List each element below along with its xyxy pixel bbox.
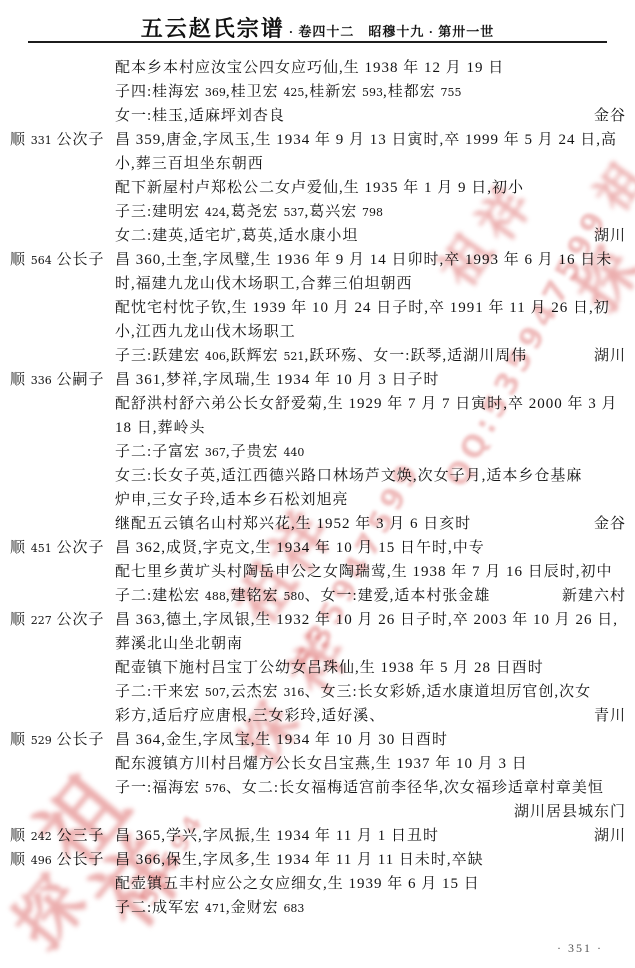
text-segment: 配壶镇下施村吕宝丁公幼女吕珠仙,生 1938 年 5 月 28 日酉时 (115, 660, 544, 676)
genealogy-line: 炉申,三女子玲,适本乡石松刘旭亮 (0, 488, 635, 512)
genealogy-line: 子二:干来宏 507,云杰宏 316、女三:长女彩娇,适水康道坦厉官创,次女 (0, 680, 635, 704)
genealogy-line: 配壶镇下施村吕宝丁公幼女吕珠仙,生 1938 年 5 月 28 日酉时 (0, 656, 635, 680)
page-number: · 351 · (557, 941, 603, 956)
line-text: 配七里乡黄圹头村陶岳申公之女陶瑞莺,生 1938 年 7 月 16 日辰时,初中 (115, 564, 613, 580)
inline-number: 451 (31, 542, 52, 555)
line-text: 子四:桂海宏 369,桂卫宏 425,桂新宏 593,桂都宏 755 (115, 84, 461, 100)
genealogy-line: 葬溪北山坐北朝南 (0, 632, 635, 656)
genealogy-line: 彩方,适后疗应唐根,三女彩玲,适好溪、青川 (0, 704, 635, 728)
genealogy-line: 继配五云镇名山村郑兴花,生 1952 年 3 月 6 日亥时金谷 (0, 512, 635, 536)
text-segment: 昌 361,梦祥,字凤瑞,生 1934 年 10 月 3 日子时 (115, 372, 440, 388)
text-segment: 配壶镇五丰村应公之女应细女,生 1939 年 6 月 15 日 (115, 876, 480, 892)
line-text: 女三:长女子英,适江西德兴路口林场芦文焕,次女子月,适本乡仓基麻 (115, 468, 582, 484)
genealogy-line: 子二:成军宏 471,金财宏 683 (0, 896, 635, 920)
place-tag: 青川 (594, 704, 626, 728)
entry-label: 顺 242 公三子 (10, 824, 105, 849)
label-text: 顺 (10, 540, 31, 556)
text-segment: 昌 364,金生,字凤宝,生 1934 年 10 月 30 日酉时 (115, 732, 448, 748)
line-text: 女一:桂玉,适麻坪刘杏良 (115, 108, 285, 124)
place-tag: 湖川 (594, 224, 626, 248)
line-text: 昌 365,学兴,字凤振,生 1934 年 11 月 1 日丑时 (115, 828, 439, 844)
genealogy-line: 配忱宅村忱子钦,生 1939 年 10 月 24 日子时,卒 1991 年 11… (0, 296, 635, 320)
text-segment: 、女一:建爱,适本村张金雄 (304, 588, 490, 604)
line-text: 子三:建明宏 424,葛尧宏 537,葛兴宏 798 (115, 204, 383, 220)
line-text: 时,福建九龙山伐木场职工,合葬三伯坦朝西 (115, 276, 413, 292)
label-text: 公长子 (52, 852, 105, 868)
line-text: 配舒洪村舒六弟公长女舒爱菊,生 1929 年 7 月 7 日寅时,卒 2000 … (115, 396, 618, 412)
inline-number: 798 (362, 206, 383, 219)
genealogy-line: 子三:建明宏 424,葛尧宏 537,葛兴宏 798 (0, 200, 635, 224)
text-segment: ,桂卫宏 (226, 84, 284, 100)
genealogy-line: 女三:长女子英,适江西德兴路口林场芦文焕,次女子月,适本乡仓基麻 (0, 464, 635, 488)
inline-number: 367 (205, 446, 226, 459)
text-segment: 昌 359,唐金,字凤玉,生 1934 年 9 月 13 日寅时,卒 1999 … (115, 132, 617, 148)
label-text: 公次子 (52, 540, 105, 556)
text-segment: 小,江西九龙山伐木场职工 (115, 324, 296, 340)
genealogy-line: 子四:桂海宏 369,桂卫宏 425,桂新宏 593,桂都宏 755 (0, 80, 635, 104)
label-text: 公三子 (52, 828, 105, 844)
inline-number: 471 (205, 902, 226, 915)
entry-label: 顺 227 公次子 (10, 608, 105, 633)
text-segment: 子二:子富宏 (115, 444, 205, 460)
text-segment: 子二:建松宏 (115, 588, 205, 604)
content: 配本乡本村应汝宝公四女应巧仙,生 1938 年 12 月 19 日子四:桂海宏 … (0, 56, 635, 920)
inline-number: 369 (205, 86, 226, 99)
text-segment: ,金财宏 (226, 900, 284, 916)
text-segment: ,葛兴宏 (304, 204, 362, 220)
text-segment: ,桂都宏 (383, 84, 441, 100)
text-segment: 昌 365,学兴,字凤振,生 1934 年 11 月 1 日丑时 (115, 828, 439, 844)
inline-number: 593 (362, 86, 383, 99)
genealogy-line: 时,福建九龙山伐木场职工,合葬三伯坦朝西 (0, 272, 635, 296)
text-segment: ,葛尧宏 (226, 204, 284, 220)
inline-number: 425 (283, 86, 304, 99)
text-segment: 昌 366,保生,字凤多,生 1934 年 11 月 11 日未时,卒缺 (115, 852, 484, 868)
line-text: 继配五云镇名山村郑兴花,生 1952 年 3 月 6 日亥时 (115, 516, 471, 532)
inline-number: 521 (283, 350, 304, 363)
line-text: 配下新屋村卢郑松公二女卢爱仙,生 1935 年 1 月 9 日,初小 (115, 180, 524, 196)
text-segment: ,云杰宏 (226, 684, 284, 700)
genealogy-line: 小,葬三百坦坐东朝西 (0, 152, 635, 176)
inline-number: 242 (31, 830, 52, 843)
text-segment: 子四:桂海宏 (115, 84, 205, 100)
inline-number: 488 (205, 590, 226, 603)
inline-number: 496 (31, 854, 52, 867)
genealogy-line: 配舒洪村舒六弟公长女舒爱菊,生 1929 年 7 月 7 日寅时,卒 2000 … (0, 392, 635, 416)
genealogy-line: 顺 496 公长子昌 366,保生,字凤多,生 1934 年 11 月 11 日… (0, 848, 635, 872)
inline-number: 406 (205, 350, 226, 363)
place-tag: 金谷 (594, 512, 626, 536)
text-segment: 炉申,三女子玲,适本乡石松刘旭亮 (115, 492, 349, 508)
text-segment: ,跃环殇、女一:跃琴,适湖川周伟 (304, 348, 527, 364)
inline-number: 507 (205, 686, 226, 699)
label-text: 顺 (10, 372, 31, 388)
place-tag: 湖川 (594, 824, 626, 848)
text-segment: 、女三:长女彩娇,适水康道坦厉官创,次女 (304, 684, 591, 700)
text-segment: 时,福建九龙山伐木场职工,合葬三伯坦朝西 (115, 276, 413, 292)
line-text: 昌 360,土奎,字凤璧,生 1936 年 9 月 14 日卯时,卒 1993 … (115, 252, 612, 268)
line-text: 彩方,适后疗应唐根,三女彩玲,适好溪、 (115, 708, 385, 724)
book-title: 五云赵氏宗谱 (141, 16, 285, 41)
text-segment: 昌 360,土奎,字凤璧,生 1936 年 9 月 14 日卯时,卒 1993 … (115, 252, 612, 268)
genealogy-line: 女一:桂玉,适麻坪刘杏良金谷 (0, 104, 635, 128)
inline-number: 580 (283, 590, 304, 603)
inline-number: 564 (31, 254, 52, 267)
genealogy-line: 配本乡本村应汝宝公四女应巧仙,生 1938 年 12 月 19 日 (0, 56, 635, 80)
entry-label: 顺 564 公长子 (10, 248, 105, 273)
genealogy-line: 子二:子富宏 367,子贵宏 440 (0, 440, 635, 464)
line-text: 昌 361,梦祥,字凤瑞,生 1934 年 10 月 3 日子时 (115, 372, 440, 388)
text-segment: 配舒洪村舒六弟公长女舒爱菊,生 1929 年 7 月 7 日寅时,卒 2000 … (115, 396, 618, 412)
label-text: 顺 (10, 852, 31, 868)
text-segment: 彩方,适后疗应唐根,三女彩玲,适好溪、 (115, 708, 385, 724)
text-segment: 昌 362,成贤,字克文,生 1934 年 10 月 15 日午时,中专 (115, 540, 485, 556)
line-text: 昌 359,唐金,字凤玉,生 1934 年 9 月 13 日寅时,卒 1999 … (115, 132, 617, 148)
place-tag: 湖川 (594, 344, 626, 368)
inline-number: 576 (205, 782, 226, 795)
line-text: 子三:跃建宏 406,跃辉宏 521,跃环殇、女一:跃琴,适湖川周伟 (115, 348, 527, 364)
text-segment: 配本乡本村应汝宝公四女应巧仙,生 1938 年 12 月 19 日 (115, 60, 504, 76)
label-text: 公嗣子 (52, 372, 105, 388)
line-text: 配本乡本村应汝宝公四女应巧仙,生 1938 年 12 月 19 日 (115, 60, 504, 76)
entry-label: 顺 331 公次子 (10, 128, 105, 153)
text-segment: 子三:跃建宏 (115, 348, 205, 364)
text-segment: 小,葬三百坦坐东朝西 (115, 156, 264, 172)
genealogy-line: 配东渡镇方川村吕燿方公长女吕宝燕,生 1937 年 10 月 3 日 (0, 752, 635, 776)
genealogy-line: 顺 451 公次子昌 362,成贤,字克文,生 1934 年 10 月 15 日… (0, 536, 635, 560)
text-segment: 子二:成军宏 (115, 900, 205, 916)
header-rule (28, 41, 607, 43)
line-text: 18 日,葬岭头 (115, 420, 206, 436)
genealogy-line: 子三:跃建宏 406,跃辉宏 521,跃环殇、女一:跃琴,适湖川周伟湖川 (0, 344, 635, 368)
text-segment: 女三:长女子英,适江西德兴路口林场芦文焕,次女子月,适本乡仓基麻 (115, 468, 582, 484)
line-text: 女二:建英,适宅圹,葛英,适水康小坦 (115, 228, 358, 244)
line-text: 配壶镇五丰村应公之女应细女,生 1939 年 6 月 15 日 (115, 876, 480, 892)
line-text: 子二:干来宏 507,云杰宏 316、女三:长女彩娇,适水康道坦厉官创,次女 (115, 684, 591, 700)
text-segment: 配七里乡黄圹头村陶岳申公之女陶瑞莺,生 1938 年 7 月 16 日辰时,初中 (115, 564, 613, 580)
text-segment: 葬溪北山坐北朝南 (115, 636, 243, 652)
inline-number: 424 (205, 206, 226, 219)
line-text: 子二:建松宏 488,建铭宏 580、女一:建爱,适本村张金雄 (115, 588, 490, 604)
entry-label: 顺 336 公嗣子 (10, 368, 105, 393)
text-segment: 女一:桂玉,适麻坪刘杏良 (115, 108, 285, 124)
genealogy-line: 配七里乡黄圹头村陶岳申公之女陶瑞莺,生 1938 年 7 月 16 日辰时,初中 (0, 560, 635, 584)
line-text: 子二:子富宏 367,子贵宏 440 (115, 444, 304, 460)
label-text: 顺 (10, 252, 31, 268)
entry-label: 顺 529 公长子 (10, 728, 105, 753)
text-segment: 继配五云镇名山村郑兴花,生 1952 年 3 月 6 日亥时 (115, 516, 471, 532)
line-text: 配东渡镇方川村吕燿方公长女吕宝燕,生 1937 年 10 月 3 日 (115, 756, 528, 772)
label-text: 公长子 (52, 732, 105, 748)
text-segment: 昌 363,德土,字凤银,生 1932 年 10 月 26 日子时,卒 2003… (115, 612, 618, 628)
genealogy-line: 子二:建松宏 488,建铭宏 580、女一:建爱,适本村张金雄新建六村 (0, 584, 635, 608)
inline-number: 316 (283, 686, 304, 699)
label-text: 顺 (10, 612, 31, 628)
inline-number: 331 (31, 134, 52, 147)
page-header: 五云赵氏宗谱 · 卷四十二 昭穆十九 · 第卅一世 (0, 12, 635, 43)
inline-number: 683 (283, 902, 304, 915)
text-segment: 子一:福海宏 (115, 780, 205, 796)
text-segment: 配下新屋村卢郑松公二女卢爱仙,生 1935 年 1 月 9 日,初小 (115, 180, 524, 196)
genealogy-line: 顺 331 公次子昌 359,唐金,字凤玉,生 1934 年 9 月 13 日寅… (0, 128, 635, 152)
inline-number: 755 (440, 86, 461, 99)
entry-label: 顺 496 公长子 (10, 848, 105, 873)
label-text: 顺 (10, 828, 31, 844)
text-segment: 配东渡镇方川村吕燿方公长女吕宝燕,生 1937 年 10 月 3 日 (115, 756, 528, 772)
inline-number: 440 (283, 446, 304, 459)
line-text: 昌 366,保生,字凤多,生 1934 年 11 月 11 日未时,卒缺 (115, 852, 484, 868)
line-text: 昌 363,德土,字凤银,生 1932 年 10 月 26 日子时,卒 2003… (115, 612, 618, 628)
entry-label: 顺 451 公次子 (10, 536, 105, 561)
line-text: 葬溪北山坐北朝南 (115, 636, 243, 652)
line-text: 配忱宅村忱子钦,生 1939 年 10 月 24 日子时,卒 1991 年 11… (115, 300, 610, 316)
text-segment: 女二:建英,适宅圹,葛英,适水康小坦 (115, 228, 358, 244)
inline-number: 537 (283, 206, 304, 219)
line-text: 子一:福海宏 576、女二:长女福梅适宫前李径华,次女福珍适章村章美恒 (115, 780, 604, 796)
genealogy-line: 18 日,葬岭头 (0, 416, 635, 440)
genealogy-line: 子一:福海宏 576、女二:长女福梅适宫前李径华,次女福珍适章村章美恒 (0, 776, 635, 800)
genealogy-line: 配下新屋村卢郑松公二女卢爱仙,生 1935 年 1 月 9 日,初小 (0, 176, 635, 200)
inline-number: 529 (31, 734, 52, 747)
genealogy-line: 小,江西九龙山伐木场职工 (0, 320, 635, 344)
text-segment: ,跃辉宏 (226, 348, 284, 364)
line-text: 昌 362,成贤,字克文,生 1934 年 10 月 15 日午时,中专 (115, 540, 485, 556)
text-segment: 18 日,葬岭头 (115, 420, 206, 436)
genealogy-line: 顺 336 公嗣子昌 361,梦祥,字凤瑞,生 1934 年 10 月 3 日子… (0, 368, 635, 392)
line-text: 炉申,三女子玲,适本乡石松刘旭亮 (115, 492, 349, 508)
label-text: 公次子 (52, 612, 105, 628)
text-segment: ,子贵宏 (226, 444, 284, 460)
text-segment: 、女二:长女福梅适宫前李径华,次女福珍适章村章美恒 (226, 780, 604, 796)
line-text: 子二:成军宏 471,金财宏 683 (115, 900, 304, 916)
place-tag: 金谷 (594, 104, 626, 128)
inline-number: 227 (31, 614, 52, 627)
place-tag: 湖川居县城东门 (514, 800, 626, 824)
genealogy-line: 顺 242 公三子昌 365,学兴,字凤振,生 1934 年 11 月 1 日丑… (0, 824, 635, 848)
text-segment: ,桂新宏 (304, 84, 362, 100)
genealogy-line: 顺 529 公长子昌 364,金生,字凤宝,生 1934 年 10 月 30 日… (0, 728, 635, 752)
text-segment: 配忱宅村忱子钦,生 1939 年 10 月 24 日子时,卒 1991 年 11… (115, 300, 610, 316)
line-text: 昌 364,金生,字凤宝,生 1934 年 10 月 30 日酉时 (115, 732, 448, 748)
text-segment: 子三:建明宏 (115, 204, 205, 220)
line-text: 配壶镇下施村吕宝丁公幼女吕珠仙,生 1938 年 5 月 28 日酉时 (115, 660, 544, 676)
volume-subtitle: · 卷四十二 昭穆十九 · 第卅一世 (289, 24, 494, 39)
inline-number: 336 (31, 374, 52, 387)
label-text: 顺 (10, 732, 31, 748)
label-text: 公次子 (52, 132, 105, 148)
label-text: 公长子 (52, 252, 105, 268)
genealogy-line: 顺 564 公长子昌 360,土奎,字凤璧,生 1936 年 9 月 14 日卯… (0, 248, 635, 272)
text-segment: 子二:干来宏 (115, 684, 205, 700)
label-text: 顺 (10, 132, 31, 148)
line-text: 小,江西九龙山伐木场职工 (115, 324, 296, 340)
text-segment: ,建铭宏 (226, 588, 284, 604)
place-tag: 新建六村 (562, 584, 626, 608)
genealogy-line: 顺 227 公次子昌 363,德土,字凤银,生 1932 年 10 月 26 日… (0, 608, 635, 632)
line-text: 小,葬三百坦坐东朝西 (115, 156, 264, 172)
genealogy-page: 五云赵氏宗谱 · 卷四十二 昭穆十九 · 第卅一世 配本乡本村应汝宝公四女应巧仙… (0, 0, 635, 968)
genealogy-line: 配壶镇五丰村应公之女应细女,生 1939 年 6 月 15 日 (0, 872, 635, 896)
genealogy-line: 湖川居县城东门 (0, 800, 635, 824)
genealogy-line: 女二:建英,适宅圹,葛英,适水康小坦湖川 (0, 224, 635, 248)
